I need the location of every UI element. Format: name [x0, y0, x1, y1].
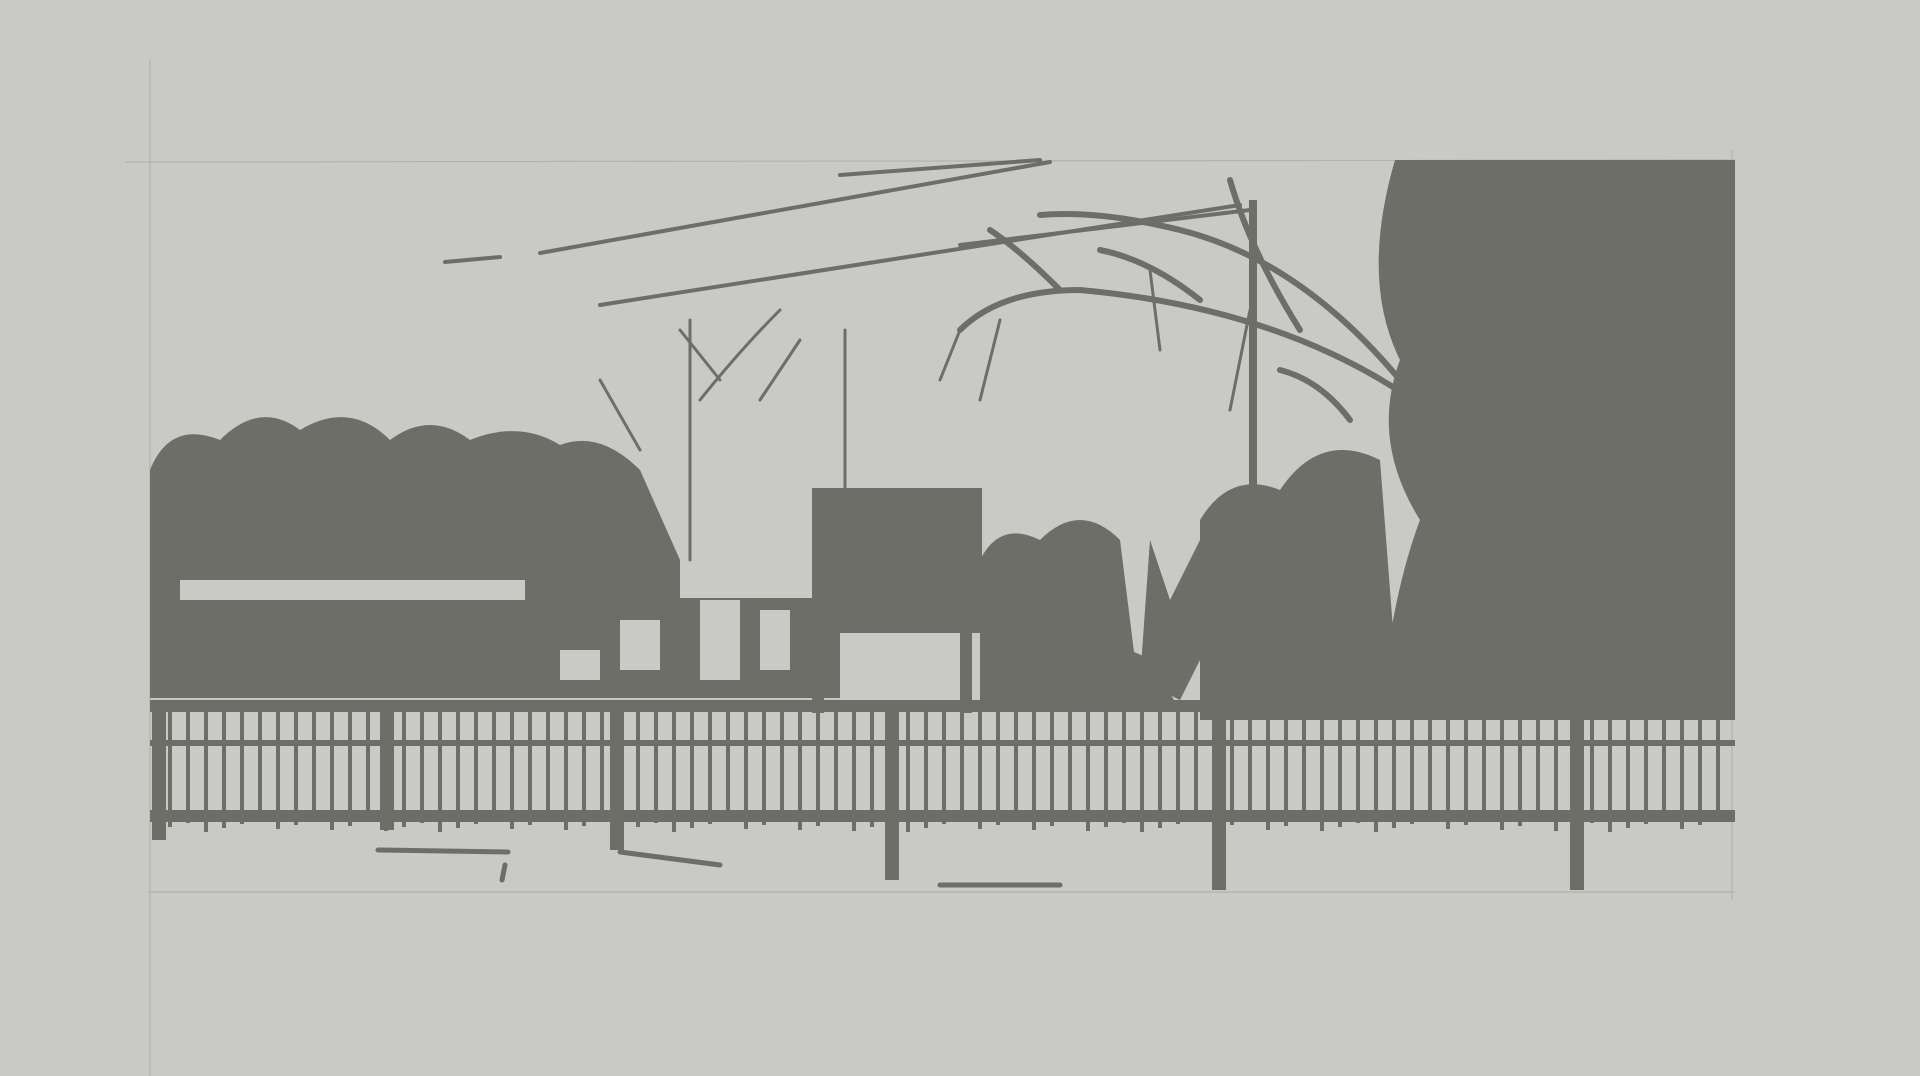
print-artwork — [0, 0, 1920, 1076]
fence-bars — [170, 705, 1718, 832]
building-roof — [180, 580, 525, 600]
bare-tree-large — [1379, 160, 1735, 720]
power-lines — [445, 160, 1250, 305]
utility-pole — [1249, 200, 1257, 720]
sidewalk-marks — [378, 850, 1060, 885]
ink-layer — [150, 160, 1735, 890]
paper-sheet — [0, 0, 1920, 1076]
